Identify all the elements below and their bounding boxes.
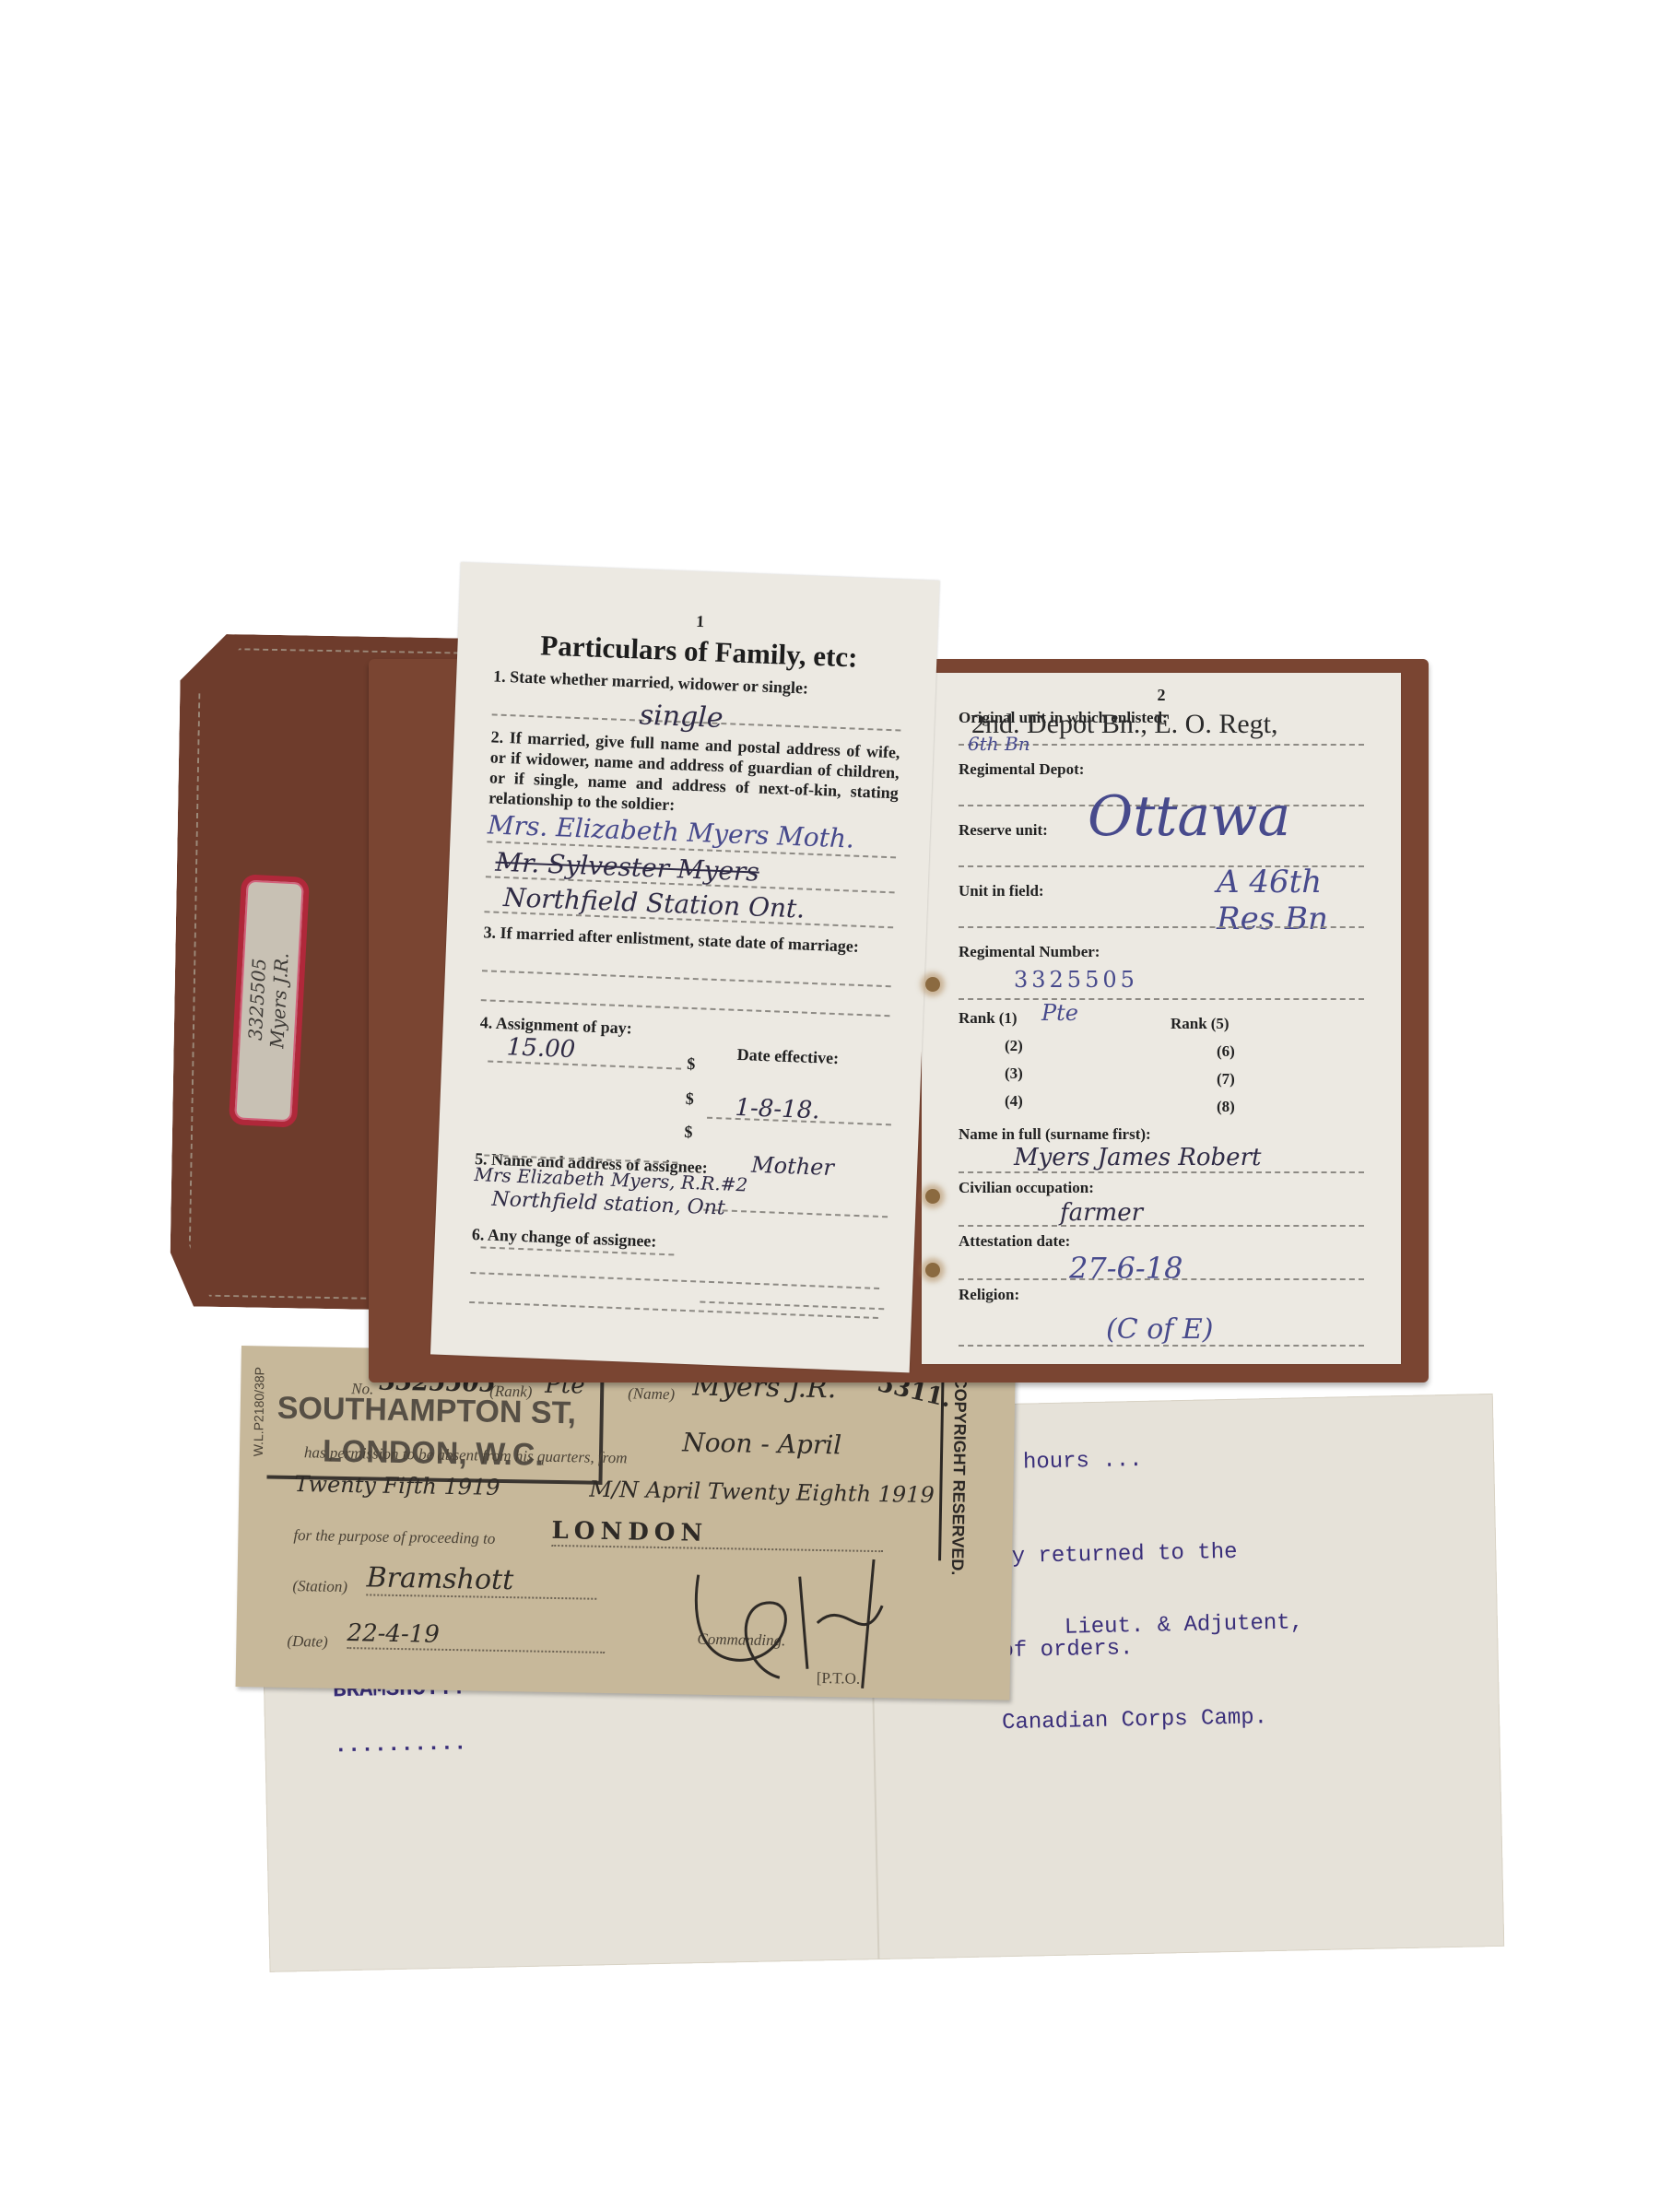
q5-answer-1: Mother (751, 1152, 835, 1181)
rank-4-num: (4) (1005, 1092, 1023, 1110)
page-number-2: 2 (922, 686, 1401, 705)
q2-label: 2. If married, give full name and postal… (488, 726, 900, 823)
rank-3-num: (3) (1005, 1065, 1023, 1082)
religion-value: (C of E) (1106, 1313, 1214, 1346)
rank-label-1: Rank (959, 1009, 995, 1027)
pay-table: Date effective: 15.00 $ 1-8-18. $ $ (476, 1032, 888, 1149)
name-label: (Name) (628, 1384, 675, 1404)
rank-label: (Rank) (489, 1382, 533, 1402)
name-label: Name in full (surname first): (959, 1125, 1364, 1144)
number-label: No. (351, 1380, 373, 1398)
staple-1 (925, 977, 940, 992)
regimental-number-value: 3325505 (1014, 967, 1138, 993)
regimental-depot-value: 6th Bn (968, 733, 1030, 755)
cover-label-text: 3325505 Myers J.R. (241, 884, 297, 1116)
pay-date: 1-8-18. (735, 1094, 820, 1125)
rank-label-2: Rank (1171, 1015, 1207, 1032)
currency-3: $ (684, 1122, 693, 1142)
currency-1: $ (687, 1053, 696, 1074)
reserve-unit-value: Ottawa (1088, 784, 1290, 849)
signature-block: Lieut. & Adjutent, Canadian Corps Camp. (1063, 1545, 1307, 1800)
reserve-unit-label: Reserve unit: (959, 821, 1048, 839)
from-date: Twenty Fifth 1919 (294, 1471, 500, 1500)
rank-8-num: (8) (1217, 1098, 1235, 1115)
pass-slip: W.L.P2180/38P SOUTHAMPTON ST, LONDON, W.… (236, 1346, 1016, 1700)
name-value: Myers James Robert (1014, 1144, 1261, 1171)
date-effective-label: Date effective: (736, 1044, 839, 1068)
signature-org: Canadian Corps Camp. (1002, 1701, 1306, 1739)
rank-2-num: (2) (1005, 1037, 1023, 1054)
rank-grid: Rank (1) Pte (2) (3) (4) Rank (5) (6) (7… (959, 1009, 1364, 1125)
staple-2 (925, 1189, 940, 1204)
signature-title: Lieut. & Adjutent, (1065, 1607, 1304, 1643)
q1-answer: single (639, 700, 724, 735)
rank-1-num: (1) (999, 1009, 1018, 1027)
rank-6-num: (6) (1217, 1042, 1235, 1060)
from-value: Noon - April (682, 1427, 842, 1460)
station-value: Bramshott (366, 1561, 597, 1599)
religion-label: Religion: (959, 1286, 1364, 1304)
right-page: 2 Original unit in which enlisted: 2nd. … (922, 673, 1401, 1364)
occupation-value: farmer (1060, 1199, 1143, 1227)
purpose-label: for the purpose of proceeding to (293, 1526, 495, 1548)
rank-5-num: (5) (1211, 1015, 1230, 1032)
left-page: 1 Particulars of Family, etc: 1. State w… (430, 562, 940, 1372)
regimental-number-label: Regimental Number: (959, 943, 1100, 960)
typed-line-1: x hours ... (996, 1443, 1236, 1479)
dotted-line: .......... (334, 1728, 467, 1762)
date-label: (Date) (287, 1632, 328, 1652)
unit-in-field-label: Unit in field: (959, 882, 1044, 900)
to-value: M/N April Twenty Eighth 1919 (589, 1477, 935, 1509)
staple-3 (925, 1263, 940, 1277)
station-label: (Station) (292, 1577, 347, 1596)
q2-answer-3: Northfield Station Ont. (502, 882, 805, 924)
pay-amount: 15.00 (506, 1033, 576, 1064)
form-code: W.L.P2180/38P (251, 1367, 267, 1457)
signature-scribble (677, 1537, 920, 1699)
cover-label: 3325505 Myers J.R. (229, 874, 310, 1128)
regimental-depot-label: Regimental Depot: (959, 760, 1084, 778)
attestation-value: 27-6-18 (1069, 1251, 1182, 1286)
attestation-label: Attestation date: (959, 1232, 1364, 1251)
date-value: 22-4-19 (347, 1619, 606, 1653)
copyright-text: COPYRIGHT RESERVED. (947, 1376, 971, 1575)
original-unit-value: 2nd. Depot Bn., E. O. Regt, (971, 709, 1364, 740)
occupation-label: Civilian occupation: (959, 1179, 1364, 1197)
rank-7-num: (7) (1217, 1070, 1235, 1088)
rank-1-value: Pte (1041, 1000, 1078, 1026)
currency-2: $ (685, 1088, 694, 1109)
